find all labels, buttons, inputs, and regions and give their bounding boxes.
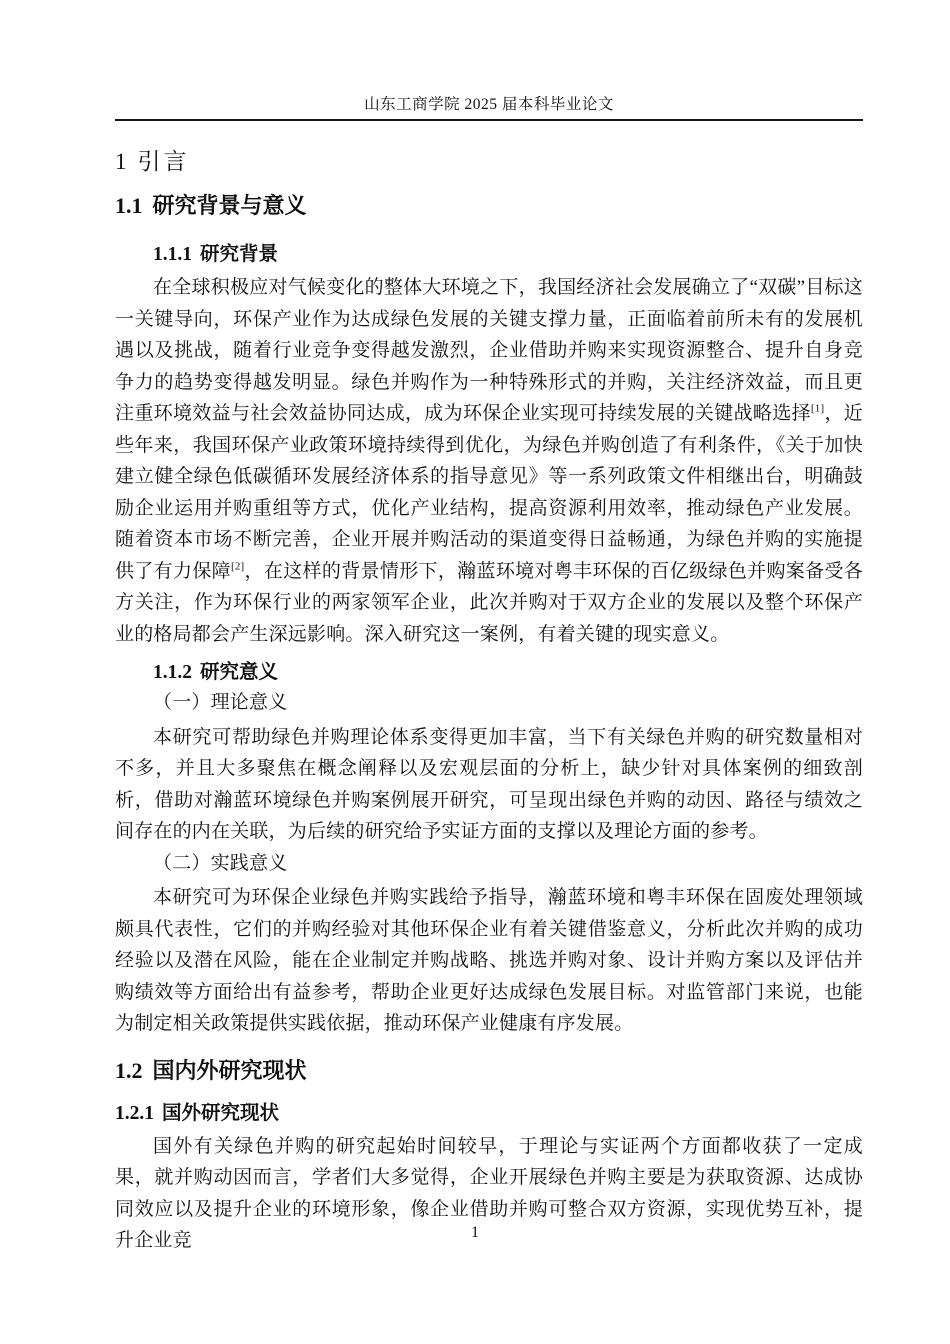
subsection-title: 研究意义 [200, 662, 278, 683]
paragraph-theory-significance: 本研究可帮助绿色并购理论体系变得更加丰富，当下有关绿色并购的研究数量相对不多，并… [115, 722, 863, 848]
text-segment: ，近些年来，我国环保产业政策环境持续得到优化，为绿色并购创造了有利条件，《关于加… [115, 403, 863, 582]
subsection-number: 1.1.1 [153, 244, 192, 265]
thesis-page: { "page_header": { "text": "山东工商学院 2025 … [0, 0, 950, 1344]
citation-ref: [2] [231, 560, 244, 572]
subsection-title: 国外研究现状 [162, 1103, 279, 1124]
chapter-heading: 1引言 [115, 146, 863, 177]
chapter-title: 引言 [138, 148, 190, 174]
subsection-number: 1.1.2 [153, 662, 192, 683]
page-content: 山东工商学院 2025 届本科毕业论文 1引言 1.1研究背景与意义 1.1.1… [115, 0, 863, 1257]
paragraph-research-background: 在全球积极应对气候变化的整体大环境之下，我国经济社会发展确立了“双碳”目标这一关… [115, 272, 863, 650]
section-number: 1.2 [115, 1058, 143, 1083]
subsection-heading-1-2-1: 1.2.1国外研究现状 [115, 1100, 863, 1128]
subsection-number: 1.2.1 [115, 1103, 154, 1124]
page-number: 1 [0, 1224, 950, 1242]
section-title: 研究背景与意义 [153, 193, 307, 218]
subsection-heading-1-1-2: 1.1.2研究意义 [153, 659, 863, 687]
chapter-number: 1 [115, 149, 127, 174]
list-label-practice: （二）实践意义 [115, 848, 863, 880]
text-segment: 在全球积极应对气候变化的整体大环境之下，我国经济社会发展确立了“双碳”目标这一关… [115, 277, 863, 424]
citation-ref: [1] [811, 403, 824, 415]
section-heading-1-2: 1.2国内外研究现状 [115, 1056, 863, 1086]
running-header: 山东工商学院 2025 届本科毕业论文 [115, 0, 863, 121]
subsection-heading-1-1-1: 1.1.1研究背景 [153, 241, 863, 269]
section-title: 国内外研究现状 [153, 1058, 307, 1083]
paragraph-practice-significance: 本研究可为环保企业绿色并购实践给予指导，瀚蓝环境和粤丰环保在固废处理领域颇具代表… [115, 882, 863, 1040]
subsection-title: 研究背景 [200, 244, 278, 265]
section-heading-1-1: 1.1研究背景与意义 [115, 191, 863, 221]
section-number: 1.1 [115, 193, 143, 218]
list-label-theory: （一）理论意义 [115, 687, 863, 719]
